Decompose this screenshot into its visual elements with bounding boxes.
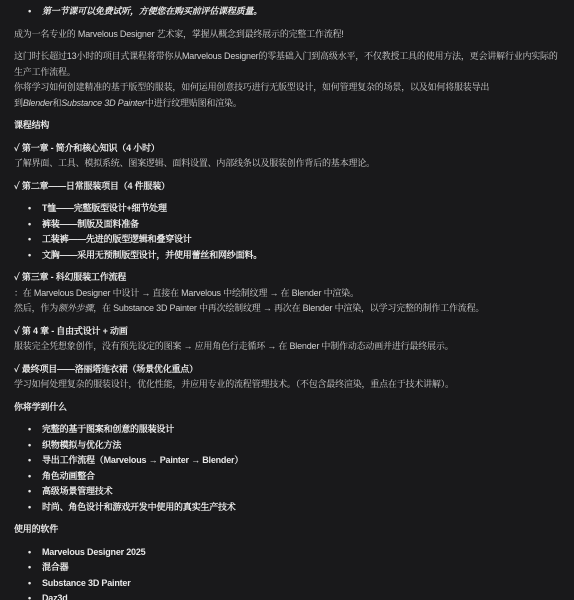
software-item-daz3d: Daz3d — [26, 591, 560, 600]
chapter-4-title: ✓ 第 4 章 - 自由式设计 + 动画 — [14, 324, 560, 340]
software-list: Marvelous Designer 2025 混合器 Substance 3D… — [14, 545, 560, 600]
course-description-page: 第一节课可以免费试听，方便您在购买前评估课程质量。 成为一名专业的 Marvel… — [0, 0, 574, 600]
project-item-bra: 文胸——采用无预制版型设计，并使用蕾丝和网纱面料。 — [26, 248, 560, 264]
learn-item-fabric-simulation: 织物模拟与优化方法 — [26, 438, 560, 454]
learn-item-garment-design: 完整的基于图案和创意的服装设计 — [26, 422, 560, 438]
overview-text: 这门时长超过13小时的项目式课程将带你从Marvelous Designer的零… — [14, 49, 560, 80]
chapter-2: ✓ 第二章——日常服装项目（4 件服装） T恤——完整版型设计+细节处理 裤装—… — [14, 179, 560, 264]
section-heading-course-structure: 课程结构 — [14, 118, 560, 134]
chapter-1-description: 了解界面、工具、模拟系统、图案逻辑、面料设置、内部线条以及服装创作背后的基本理论… — [14, 156, 560, 172]
learn-item-production-techniques: 时尚、角色设计和游戏开发中使用的真实生产技术 — [26, 500, 560, 516]
chapter-4: ✓ 第 4 章 - 自由式设计 + 动画 服装完全凭想象创作，没有预先设定的图案… — [14, 324, 560, 355]
section-heading-software-used: 使用的软件 — [14, 522, 560, 538]
final-project: ✓ 最终项目——洛丽塔连衣裙（场景优化重点） 学习如何处理复杂的服装设计，优化性… — [14, 362, 560, 393]
trial-note-list: 第一节课可以免费试听，方便您在购买前评估课程质量。 — [14, 4, 560, 20]
export-mid: 和 — [52, 98, 61, 108]
tagline: 成为一名专业的 Marvelous Designer 艺术家，掌握从概念到最终展… — [14, 27, 560, 43]
learn-item-character-animation: 角色动画整合 — [26, 469, 560, 485]
export-text: 到Blender和Substance 3D Painter中进行纹理贴图和渲染。 — [14, 96, 560, 112]
learn-item-export-workflow: 导出工作流程（Marvelous → Painter → Blender） — [26, 453, 560, 469]
final-project-description: 学习如何处理复杂的服装设计，优化性能，并应用专业的流程管理技术。（不包含最终渲染… — [14, 377, 560, 393]
final-project-title: ✓ 最终项目——洛丽塔连衣裙（场景优化重点） — [14, 362, 560, 378]
software-item-substance-painter: Substance 3D Painter — [26, 576, 560, 592]
project-item-pants: 裤装——制版及面料准备 — [26, 217, 560, 233]
bonus-step-emphasis: 额外步骤 — [58, 303, 93, 313]
project-item-tshirt: T恤——完整版型设计+细节处理 — [26, 201, 560, 217]
chapter-3: ✓ 第三章 - 科幻服装工作流程 ：在 Marvelous Designer 中… — [14, 270, 560, 317]
chapter-3-line1: ：在 Marvelous Designer 中设计 → 直接在 Marvelou… — [14, 286, 560, 302]
chapter-3-line2-pre: 然后，作为 — [14, 303, 58, 313]
section-heading-what-you-learn: 你将学到什么 — [14, 400, 560, 416]
software-item-marvelous-designer: Marvelous Designer 2025 — [26, 545, 560, 561]
trial-note: 第一节课可以免费试听，方便您在购买前评估课程质量。 — [26, 4, 560, 20]
export-pre: 到 — [14, 98, 23, 108]
software-item-blender: 混合器 — [26, 560, 560, 576]
workflow-text: 你将学习如何创建精准的基于版型的服装，如何运用创意技巧进行无版型设计，如何管理复… — [14, 80, 560, 96]
what-you-learn-list: 完整的基于图案和创意的服装设计 织物模拟与优化方法 导出工作流程（Marvelo… — [14, 422, 560, 515]
intro-paragraph: 这门时长超过13小时的项目式课程将带你从Marvelous Designer的零… — [14, 49, 560, 111]
chapter-4-description: 服装完全凭想象创作，没有预先设定的图案 → 应用角色行走循环 → 在 Blend… — [14, 339, 560, 355]
chapter-1-title: ✓ 第一章 - 简介和核心知识（4 小时） — [14, 141, 560, 157]
export-post: 中进行纹理贴图和渲染。 — [145, 98, 242, 108]
chapter-3-title: ✓ 第三章 - 科幻服装工作流程 — [14, 270, 560, 286]
learn-item-scene-management: 高级场景管理技术 — [26, 484, 560, 500]
blender-app-name: Blender — [23, 98, 53, 108]
chapter-3-line2-post: ，在 Substance 3D Painter 中再次绘制纹理 → 再次在 Bl… — [93, 303, 484, 313]
chapter-2-title: ✓ 第二章——日常服装项目（4 件服装） — [14, 179, 560, 195]
chapter-1: ✓ 第一章 - 简介和核心知识（4 小时） 了解界面、工具、模拟系统、图案逻辑、… — [14, 141, 560, 172]
chapter-3-line2: 然后，作为额外步骤，在 Substance 3D Painter 中再次绘制纹理… — [14, 301, 560, 317]
substance-app-name: Substance 3D Painter — [61, 98, 145, 108]
project-item-cargo-pants: 工装裤——先进的版型逻辑和叠穿设计 — [26, 232, 560, 248]
chapter-2-project-list: T恤——完整版型设计+细节处理 裤装——制版及面料准备 工装裤——先进的版型逻辑… — [14, 201, 560, 263]
